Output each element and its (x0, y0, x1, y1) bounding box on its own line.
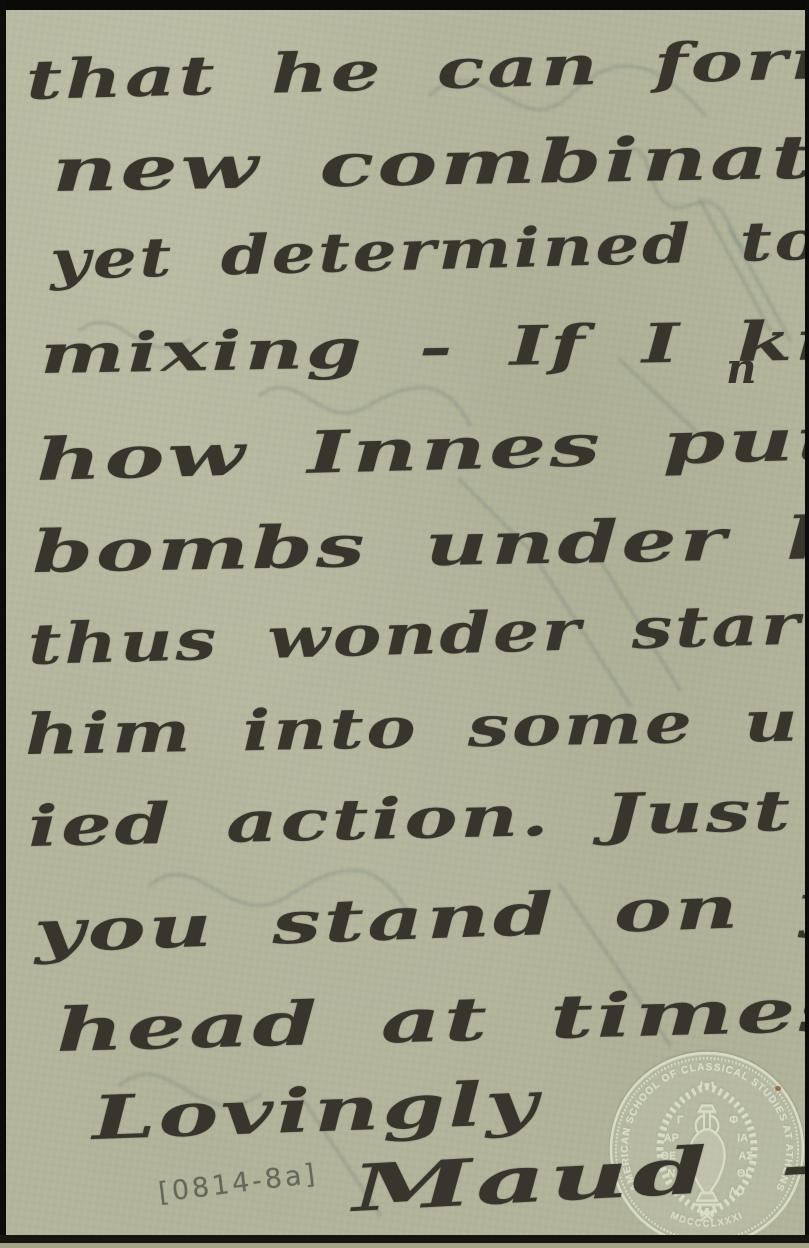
scan-edge-top (0, 0, 809, 10)
scan-edge-bottom (0, 1235, 809, 1243)
letter-scan: AMERICAN SCHOOL OF CLASSICAL STUDIES AT … (0, 0, 809, 1248)
seal-greek-letter: Γ (677, 1114, 684, 1126)
paper-speck (775, 1086, 781, 1091)
scan-edge-right (805, 0, 809, 1248)
seal-greek-letter: Φ (729, 1114, 738, 1126)
scan-edge-bottom-strip (0, 1243, 809, 1248)
inserted-letter: n (726, 344, 757, 393)
scan-edge-left (0, 0, 6, 1248)
